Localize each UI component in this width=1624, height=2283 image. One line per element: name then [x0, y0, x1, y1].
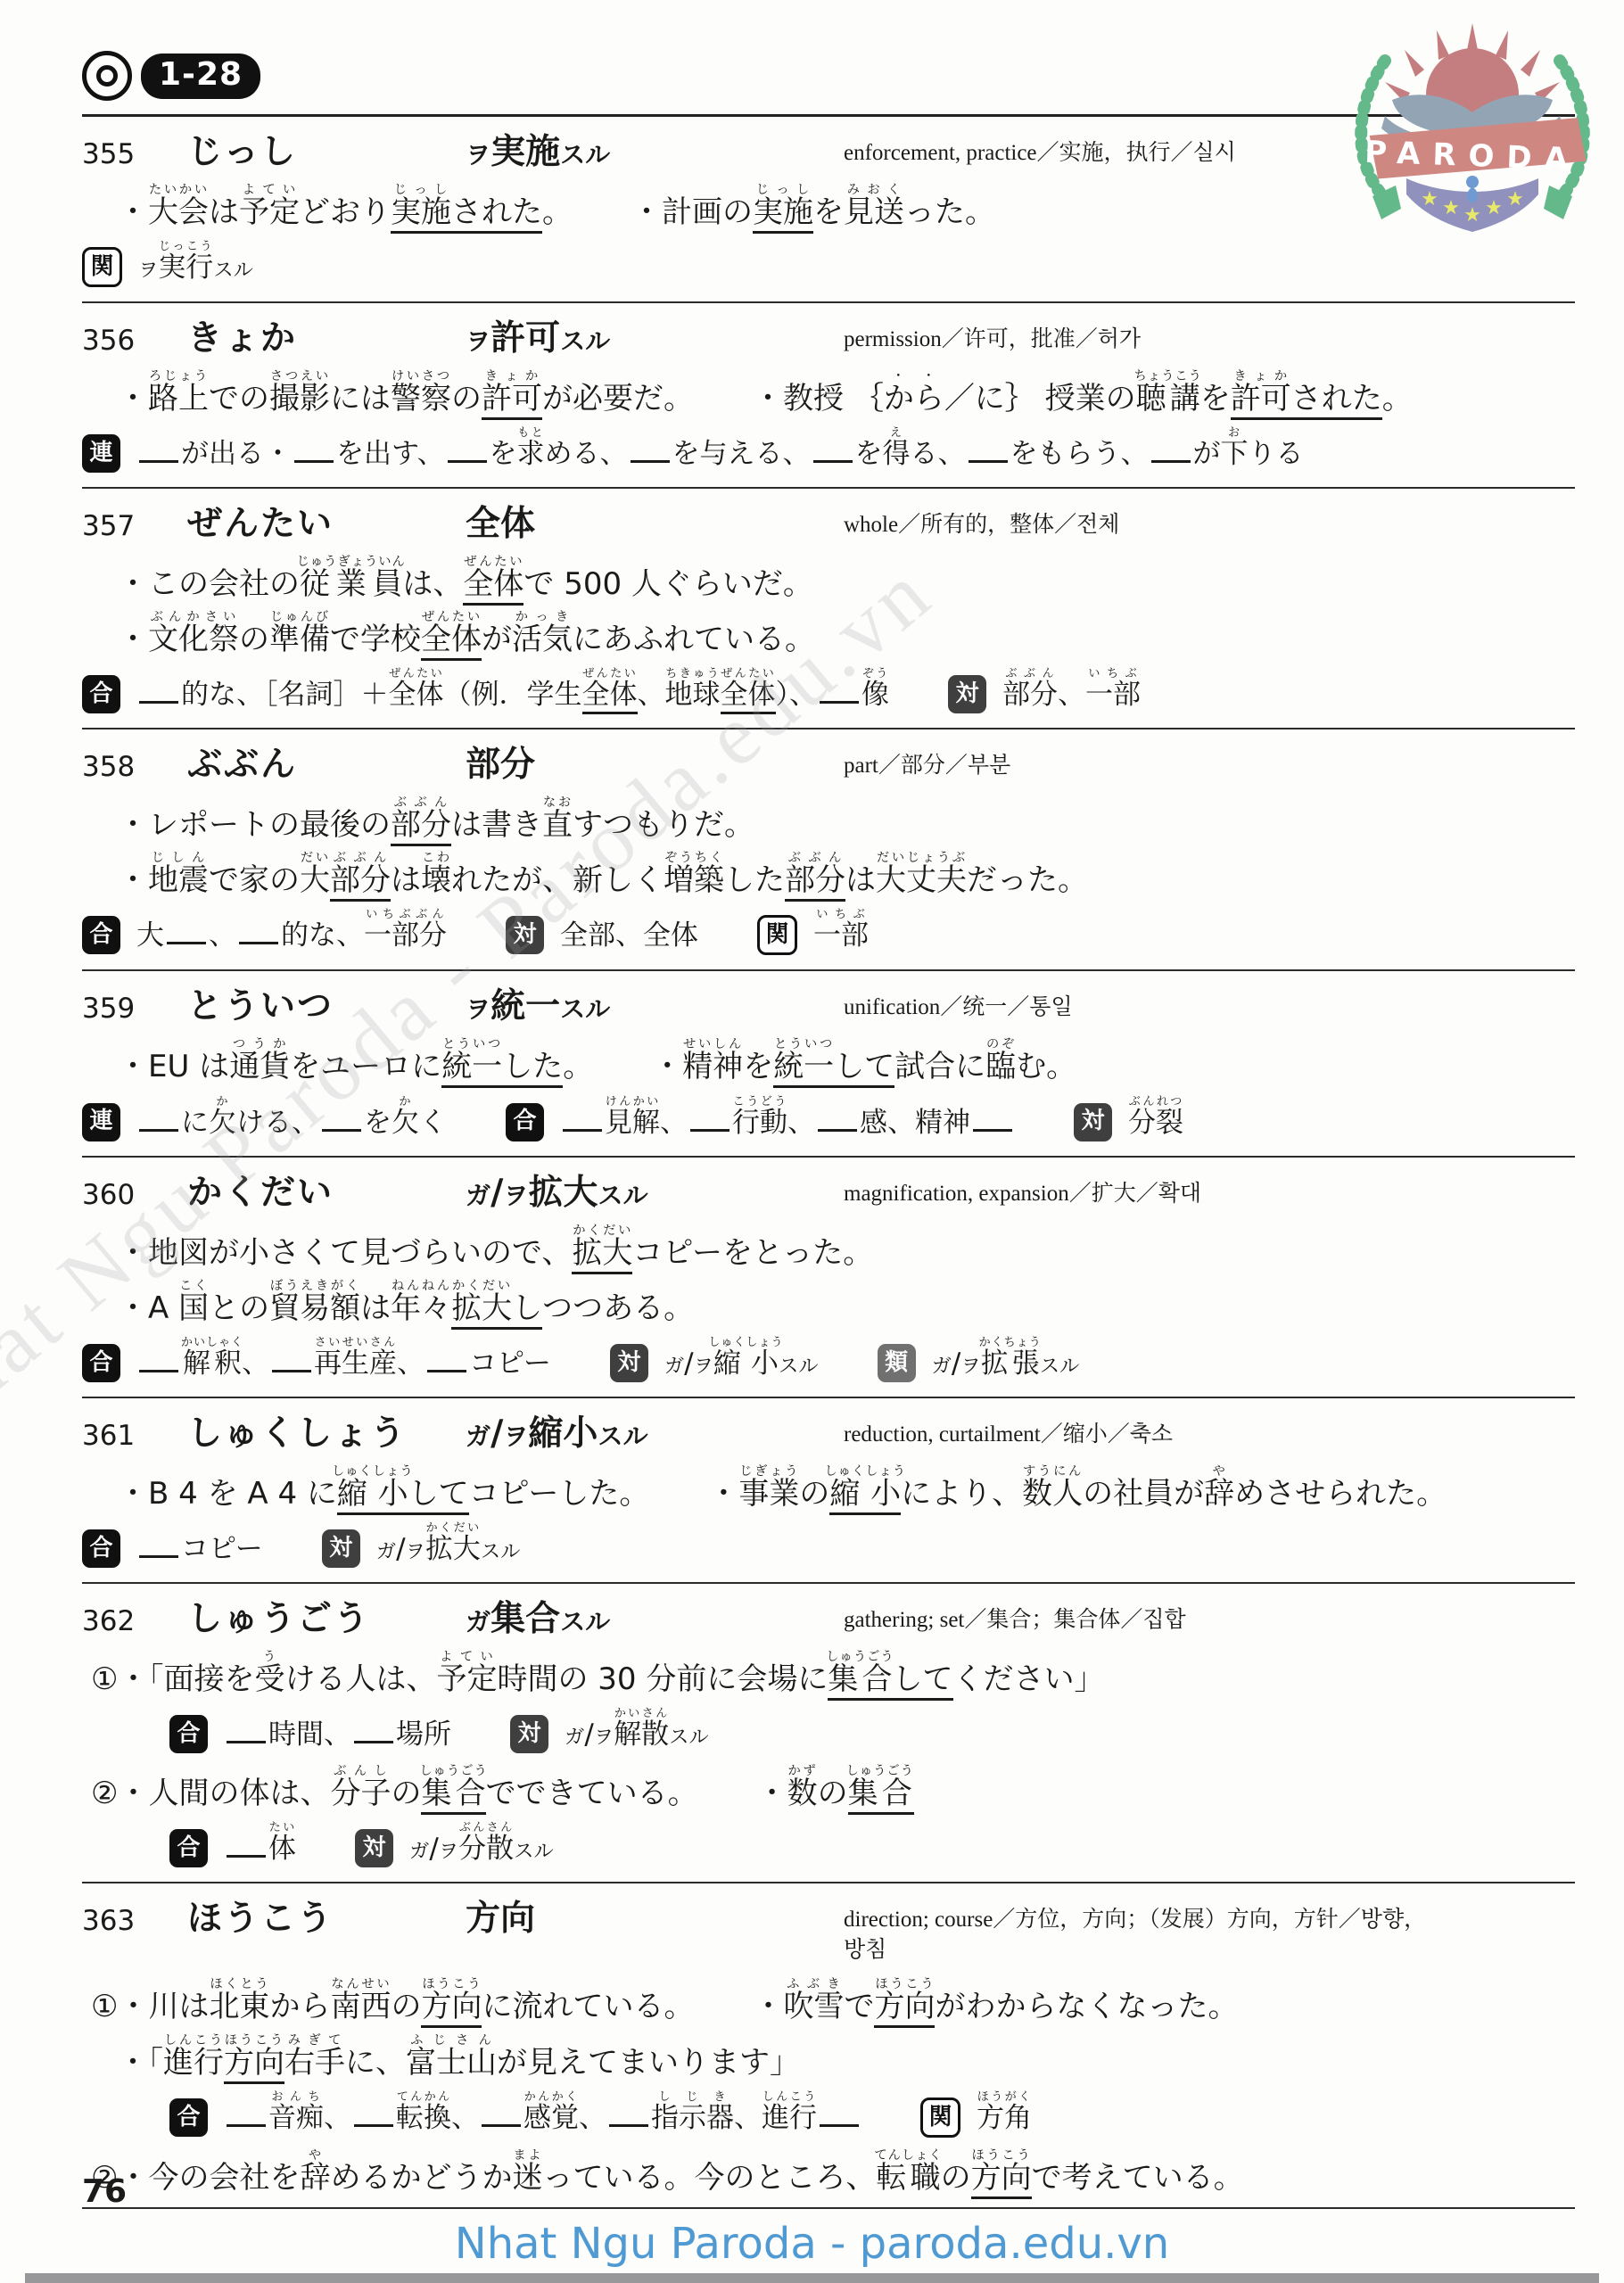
text-run: の社員が [1083, 1476, 1204, 1512]
word-with-furigana: 全体ぜんたい [582, 679, 638, 714]
text-run: る、 [911, 438, 966, 470]
text-run: ヲ [466, 994, 490, 1024]
text-run: / [490, 1413, 503, 1454]
text-run: は、 [402, 566, 463, 602]
word-with-furigana: 南西なんせい [330, 1989, 391, 2024]
word-with-furigana: 実行じっこう [158, 251, 213, 284]
word-with-furigana: 分子ぶんし [330, 1776, 391, 1811]
entry-359: 359とういつヲ統一スルunification／统一／통일・EU は通貨つうかを… [82, 971, 1575, 1157]
text-run: ください」 [953, 1661, 1105, 1697]
text-run: ・ [757, 1776, 787, 1811]
word-with-furigana: 方角ほうがく [977, 2102, 1032, 2134]
text-run: 時間、 [268, 1718, 351, 1751]
word-with-furigana: 辞や [300, 2160, 330, 2196]
entry-number: 363 [82, 1905, 187, 1937]
text-run: 試合に [894, 1049, 985, 1084]
example-line: ・地震じしんで家の大だい部分ぶぶんは壊こわれたが、新しく増築ぞうちくした部分ぶぶ… [82, 851, 1575, 897]
translation-line: unification／统一／통일 [844, 993, 1575, 1023]
compound-tag: 合 [82, 1529, 120, 1568]
word-with-furigana: 進行しんこう [163, 2045, 224, 2081]
entry-headword-kana: ぶぶん [187, 737, 466, 787]
example-line: ②・今の会社を辞やめるかどうか迷まよっている。今のところ、転職てんしょくの方向ほ… [82, 2148, 1575, 2195]
entry-headword-kana: じっし [187, 124, 466, 174]
word-with-furigana: 許可きょか [1231, 381, 1291, 420]
word-with-furigana: 迷まよ [512, 2160, 542, 2196]
antonym-tag: 対 [610, 1344, 648, 1382]
translation-line: gathering; set／集合；集合体／집합 [844, 1605, 1575, 1636]
word-with-furigana: 地球ちきゅう [665, 679, 721, 711]
text-run: ガ [932, 1355, 952, 1378]
synonym-tag: 類 [878, 1344, 916, 1382]
blank-slot [139, 435, 178, 463]
text-run: を [490, 438, 517, 470]
word-with-furigana: 分裂ぶんれつ [1128, 1107, 1183, 1139]
word-with-furigana: 拡大かくだい [572, 1235, 632, 1274]
note-line: 関ヲ実行じっこうスル [82, 240, 1575, 289]
text-run: ける人は、 [284, 1661, 436, 1697]
text-run: 的な、［名詞］＋ [181, 679, 389, 711]
text-run: に [181, 1107, 209, 1139]
entry-kanji-form: ヲ実施スル [466, 124, 844, 174]
word-with-furigana: 拡大かくだい [451, 1290, 512, 1330]
text-run: 、 [242, 1348, 269, 1380]
audio-track-badge: 1-28 [141, 54, 260, 99]
word-with-furigana: 見送みおく [844, 194, 904, 230]
word-with-furigana: 壊こわ [421, 862, 451, 898]
entry-header: 361しゅくしょうガ/ヲ縮小スルreduction, curtailment／缩… [82, 1405, 1575, 1455]
text-run: ガ [466, 1607, 490, 1636]
word-with-furigana: 再生産さいせいさん [314, 1348, 397, 1380]
word-with-furigana: 下お [1221, 438, 1249, 470]
text-run: した [724, 862, 785, 898]
text-run: 大 [136, 919, 164, 952]
blank-slot [167, 918, 206, 945]
word-with-furigana: 直なお [542, 807, 573, 843]
translation-line: permission／许可，批准／허가 [844, 325, 1575, 355]
entry-kanji-form: 部分 [466, 737, 844, 787]
entry-header: 359とういつヲ統一スルunification／统一／통일 [82, 978, 1575, 1028]
example-line: ・EU は通貨つうかをユーロに統一とういつした。・精神せいしんを統一とういつして… [82, 1037, 1575, 1084]
entry-header: 362しゅうごうガ集合スルgathering; set／集合；集合体／집합 [82, 1591, 1575, 1641]
word-with-furigana: 得え [883, 438, 911, 470]
logo-wordmark: PARODA [1364, 135, 1581, 177]
entry-translation: gathering; set／集合；集合体／집합 [844, 1605, 1575, 1636]
blank-slot [427, 1345, 466, 1372]
text-run: して [893, 1661, 953, 1701]
text-run: スル [514, 1840, 554, 1863]
text-run: に、 [345, 2045, 406, 2081]
word-with-furigana: 聴講ちょうこう [1136, 381, 1200, 416]
word-with-furigana: 貿易額ぼうえきがく [269, 1290, 360, 1326]
entry-356: 356きょかヲ許可スルpermission／许可，批准／허가・路上ろじょうでの撮… [82, 303, 1575, 489]
note-line: 合音痴おんち、転換てんかん、感覚かんかく、指示器しじき、進行しんこう関方角ほうが… [82, 2090, 1575, 2139]
text-run: スル [213, 259, 253, 282]
text-run: を与える、 [672, 438, 811, 470]
entry-header: 357ぜんたい全体whole／所有的，整体／전체 [82, 496, 1575, 546]
word-with-furigana: 実施じっし [391, 194, 451, 234]
antonym-tag: 対 [948, 675, 986, 713]
collocation-tag: 連 [82, 1103, 120, 1141]
text-run: （例．学生 [444, 679, 582, 711]
example-line: ・この会社の従業員じゅうぎょういんは、全体ぜんたいで 500 人ぐらいだ。 [82, 555, 1575, 601]
text-run: の [818, 1776, 848, 1811]
example-line: ・地図が小さくて見づらいので、拡大かくだいコピーをとった。 [82, 1224, 1575, 1270]
text-run: ガ [664, 1355, 684, 1378]
entry-translation: whole／所有的，整体／전체 [844, 510, 1575, 540]
word-with-furigana: 臨のぞ [985, 1049, 1016, 1084]
text-run: で 500 人ぐらいだ。 [523, 566, 813, 602]
word-with-furigana: 縮小しゅくしょう [829, 1476, 901, 1515]
text-run: スル [481, 1540, 521, 1563]
word-with-furigana: 集合しゅうごう [828, 1661, 892, 1701]
text-run: ・EU は [118, 1049, 229, 1084]
text-run: ・ [118, 381, 148, 416]
entry-headword-kana: しゅくしょう [187, 1405, 466, 1455]
entry-header: 356きょかヲ許可スルpermission／许可，批准／허가 [82, 310, 1575, 360]
word-with-furigana: 見解けんかい [605, 1107, 660, 1139]
text-run: で [844, 1989, 874, 2024]
text-run: の [391, 1776, 421, 1811]
text-run: ヲ [406, 1540, 425, 1563]
translation-line: whole／所有的，整体／전체 [844, 510, 1575, 540]
text-run: ける、 [236, 1107, 319, 1139]
text-run: / [429, 1833, 438, 1865]
collocation-tag: 連 [82, 434, 120, 473]
word-with-furigana: 全体ぜんたい [421, 622, 482, 661]
entry-number: 357 [82, 510, 187, 542]
word-with-furigana: 拡張かくちょう [981, 1348, 1040, 1380]
example-line: ・「進行しんこう方向ほうこう右手みぎてに、富士山ふじさんが見えてまいります」 [82, 2033, 1575, 2080]
blank-slot [973, 1104, 1012, 1132]
text-run: ・ [708, 1476, 738, 1512]
entry-translation: part／部分／부분 [844, 751, 1575, 781]
word-with-furigana: 欠か [392, 1107, 419, 1139]
text-run: 縮小 [528, 1413, 598, 1454]
text-run: 、 [397, 1348, 425, 1380]
word-with-furigana: 警察けいさつ [391, 381, 451, 416]
compound-tag: 合 [82, 675, 120, 713]
example-line: ・B 4 を A 4 に縮小しゅくしょうしてコピーした。・事業じぎょうの縮小しゅ… [82, 1464, 1575, 1511]
text-run: により、 [901, 1476, 1022, 1512]
word-with-furigana: 数人すうにん [1022, 1476, 1083, 1512]
blank-slot [322, 1104, 361, 1132]
blank-slot [294, 435, 334, 463]
text-run: / [396, 1533, 405, 1565]
word-with-furigana: 部分ぶぶん [1002, 679, 1058, 711]
entry-362: 362しゅうごうガ集合スルgathering; set／集合；集合体／집합①・「… [82, 1584, 1575, 1883]
text-run: 、 [787, 1107, 815, 1139]
text-run: / [952, 1348, 960, 1380]
text-run: 。 [542, 194, 573, 230]
text-run: めるかどうか [330, 2160, 512, 2196]
text-run: 集合 [490, 1599, 560, 1639]
word-with-furigana: 転換てんかん [396, 2102, 451, 2134]
word-with-furigana: 音痴おんち [268, 2102, 324, 2134]
example-line: ・レポートの最後の部分ぶぶんは書き直なおすつもりだ。 [82, 795, 1575, 842]
text-run: れたが、新しく [451, 862, 664, 898]
note-line: 合時間、場所対ガ/ヲ解散かいさんスル [82, 1707, 1575, 1755]
text-run: ／に｝ 授業の [944, 381, 1136, 416]
page-number: 76 [82, 2173, 127, 2210]
blank-slot [563, 1104, 602, 1132]
word-with-furigana: 集合しゅうごう [421, 1776, 485, 1815]
compound-tag: 合 [169, 1829, 208, 1867]
word-with-furigana: 行動こうどう [732, 1107, 787, 1139]
blank-slot [227, 2099, 266, 2127]
word-with-furigana: 事業じぎょう [738, 1476, 799, 1512]
blank-slot [227, 1830, 266, 1858]
word-with-furigana: 解釈かいしゃく [181, 1348, 242, 1380]
text-run: して [834, 1049, 894, 1088]
blank-slot [139, 676, 178, 704]
text-run: には [330, 381, 391, 416]
vocabulary-entries: 355じっしヲ実施スルenforcement, practice／实施，执行／실… [82, 114, 1575, 2209]
entry-translation: direction; course／方位，方向；（发展）方向，方针／방향，방침 [844, 1905, 1575, 1966]
blank-slot [354, 1716, 393, 1743]
word-with-furigana: 準備じゅんび [269, 622, 330, 657]
note-line: 連に欠かける、を欠かく合見解けんかい、行動こうどう、感、精神対分裂ぶんれつ [82, 1095, 1575, 1143]
text-run: ・ [118, 194, 148, 230]
text-run: 、 [1058, 679, 1085, 711]
text-run: く [419, 1107, 447, 1139]
word-with-furigana: 吹雪ふぶき [783, 1989, 844, 2024]
word-with-furigana: 北東ほくとう [209, 1989, 269, 2024]
text-run: ヲ [594, 1726, 614, 1749]
word-with-furigana: 縮小しゅくしょう [337, 1476, 408, 1515]
text-run: 。 [1382, 381, 1413, 416]
word-with-furigana: 欠か [209, 1107, 236, 1139]
blank-slot [139, 1104, 178, 1132]
text-run: ・B 4 を A 4 に [118, 1476, 337, 1512]
text-run: を [743, 1049, 773, 1084]
entry-translation: magnification, expansion／扩大／확대 [844, 1179, 1575, 1209]
text-run: の [391, 1989, 421, 2024]
text-run: つつある。 [542, 1290, 694, 1326]
word-with-furigana: 文化祭ぶんかさい [148, 622, 239, 657]
text-run: の [239, 622, 269, 657]
text-run: ・レポートの最後の [118, 807, 391, 843]
text-run: された [451, 194, 542, 234]
scan-edge-bar [25, 2273, 1599, 2283]
text-run: ヲ [503, 1422, 528, 1451]
translation-line: direction; course／方位，方向；（发展）方向，方针／방향， [844, 1905, 1575, 1935]
text-run: でできている。 [486, 1776, 698, 1811]
text-run: を [364, 1107, 392, 1139]
word-with-furigana: 方向ほうこう [421, 1989, 482, 2028]
text-run: だった。 [967, 862, 1088, 898]
word-with-furigana: 地震じしん [148, 862, 209, 898]
word-with-furigana: 大だい [300, 862, 330, 898]
word-with-furigana: 一部いちぶ [813, 919, 869, 952]
text-run: コピー [181, 1533, 263, 1565]
text-run: っている。今のところ、 [542, 2160, 876, 2196]
entry-headword-kana: しゅうごう [187, 1591, 466, 1641]
text-run: した [502, 1049, 563, 1088]
word-with-furigana: 一部分いちぶぶん [364, 919, 447, 952]
entry-358: 358ぶぶん部分part／部分／부분・レポートの最後の部分ぶぶんは書き直なおすつ… [82, 729, 1575, 971]
example-line: ・A 国こくとの貿易額ぼうえきがくは年々ねんねん拡大かくだいしつつある。 [82, 1279, 1575, 1325]
text-run: された [1291, 381, 1382, 420]
text-run: ・A [118, 1290, 178, 1326]
blank-slot [609, 2099, 648, 2127]
entry-kanji-form: ガ/ヲ縮小スル [466, 1405, 844, 1455]
blank-slot [227, 1716, 266, 1743]
word-with-furigana: 部分ぶぶん [330, 862, 391, 902]
note-line: 合的な、［名詞］＋全体ぜんたい（例．学生全体ぜんたい、地球ちきゅう全体ぜんたい）… [82, 667, 1575, 715]
translation-line: part／部分／부분 [844, 751, 1575, 781]
text-run: 方向 [466, 1899, 535, 1939]
text-run: 、 [638, 679, 665, 711]
entry-kanji-form: ガ集合スル [466, 1591, 844, 1641]
word-with-furigana: 転職てんしょく [876, 2160, 940, 2196]
compound-tag: 合 [82, 916, 120, 954]
note-line: 合体たい対ガ/ヲ分散ぶんさんスル [82, 1821, 1575, 1869]
word-with-furigana: 大丈夫だいじょうぶ [876, 862, 967, 898]
entry-headword-kana: ほうこう [187, 1891, 466, 1941]
blank-slot [1151, 435, 1191, 463]
entry-kanji-form: ガ/ヲ拡大スル [466, 1165, 844, 1215]
text-run: の [451, 381, 482, 416]
word-with-furigana: 指示器しじき [651, 2102, 734, 2134]
entry-357: 357ぜんたい全体whole／所有的，整体／전체・この会社の従業員じゅうぎょうい… [82, 489, 1575, 729]
entry-translation: reduction, curtailment／缩小／축소 [844, 1420, 1575, 1450]
word-with-furigana: 集合しゅうごう [848, 1776, 914, 1815]
blank-slot [448, 435, 487, 463]
word-with-furigana: 予定よてい [436, 1661, 497, 1697]
text-run: どおり [300, 194, 391, 230]
text-run: ガ [565, 1726, 584, 1749]
note-line: 合コピー対ガ/ヲ拡大かくだいスル [82, 1521, 1575, 1570]
text-run: ・この会社の [118, 566, 300, 602]
text-run: 、 [209, 919, 236, 952]
word-with-furigana: 受う [254, 1661, 284, 1697]
text-run: に流れている。 [482, 1989, 694, 2024]
text-run: 実施 [490, 132, 560, 172]
text-run: で考えている。 [1032, 2160, 1244, 2196]
text-run: が [1193, 438, 1221, 470]
word-with-furigana: 撮影さつえい [269, 381, 330, 416]
text-run: での [209, 381, 269, 416]
related-tag: 関 [757, 915, 797, 955]
entry-number: 356 [82, 325, 187, 357]
entry-translation: permission／许可，批准／허가 [844, 325, 1575, 355]
paroda-logo: PARODA ★★★ ★★ [1339, 7, 1606, 232]
text-run: 時間の 30 分前に会場に [497, 1661, 828, 1697]
text-run: スル [560, 994, 610, 1024]
entry-363: 363ほうこう方向direction; course／方位，方向；（发展）方向，… [82, 1883, 1575, 2209]
entry-header: 358ぶぶん部分part／部分／부분 [82, 737, 1575, 787]
compound-tag: 合 [82, 1344, 120, 1382]
text-run: 統一 [490, 986, 560, 1026]
entry-number: 359 [82, 993, 187, 1025]
example-line: ①・川は北東ほくとうから南西なんせいの方向ほうこうに流れている。・吹雪ふぶきで方… [82, 1977, 1575, 2023]
word-with-furigana: 求もと [517, 438, 545, 470]
text-run: が見えてまいります」 [497, 2045, 800, 2081]
blank-slot [139, 1345, 178, 1372]
svg-text:★: ★ [1506, 188, 1524, 210]
word-with-furigana: 大会たいかい [148, 194, 209, 230]
antonym-tag: 対 [355, 1829, 393, 1867]
antonym-tag: 対 [322, 1529, 360, 1568]
word-with-furigana: 増築ぞうちく [664, 862, 724, 898]
text-run: 、 [324, 2102, 351, 2134]
text-run: コピーをとった。 [632, 1235, 873, 1271]
text-run: スル [669, 1726, 709, 1749]
text-run: は [391, 862, 421, 898]
text-run: った。 [904, 194, 995, 230]
text-run: を出す、 [336, 438, 445, 470]
word-with-furigana: 部分ぶぶん [391, 807, 451, 846]
text-run: して [408, 1476, 469, 1515]
entry-360: 360かくだいガ/ヲ拡大スルmagnification, expansion／扩… [82, 1158, 1575, 1398]
text-run: との [209, 1290, 269, 1326]
text-run: ①・川は [91, 1989, 209, 2024]
text-run: 許可 [490, 318, 560, 359]
entry-headword-kana: ぜんたい [187, 496, 466, 546]
entry-number: 360 [82, 1179, 187, 1211]
text-run: で家の [209, 862, 300, 898]
word-with-furigana: 一部いちぶ [1085, 679, 1141, 711]
text-run: ヲ [466, 326, 490, 356]
text-run: が必要だ。 [542, 381, 694, 416]
blank-slot [354, 2099, 393, 2127]
word-with-furigana: 予定よてい [239, 194, 300, 230]
entry-kanji-form: ヲ統一スル [466, 978, 844, 1028]
word-with-furigana: 感覚かんかく [523, 2102, 579, 2134]
text-run: 全体 [466, 504, 535, 544]
text-run: りる [1249, 438, 1304, 470]
word-with-furigana: 路上ろじょう [148, 381, 209, 416]
svg-text:★: ★ [1463, 204, 1481, 227]
entry-kanji-form: ヲ許可スル [466, 310, 844, 360]
svg-text:★: ★ [1485, 197, 1503, 219]
text-run: ・「 [118, 2045, 163, 2081]
word-with-furigana: 縮小しゅくしょう [713, 1348, 779, 1380]
text-run: スル [560, 140, 610, 169]
text-run: ・ [118, 862, 148, 898]
cd-audio-icon [82, 51, 132, 101]
text-run: スル [560, 326, 610, 356]
word-with-furigana: 従業員じゅうぎょういん [300, 566, 402, 602]
text-run: から [269, 1989, 330, 2024]
word-with-furigana: 活気かっき [512, 622, 573, 657]
text-run: スル [598, 1422, 647, 1451]
text-run: ヲ [503, 1181, 528, 1210]
word-with-furigana: 方向ほうこう [971, 2160, 1032, 2199]
entry-kanji-form: 全体 [466, 496, 844, 546]
entry-headword-kana: とういつ [187, 978, 466, 1028]
word-with-furigana: 統一とういつ [773, 1049, 834, 1088]
text-run: スル [779, 1355, 819, 1378]
translation-line: magnification, expansion／扩大／확대 [844, 1179, 1575, 1209]
entry-361: 361しゅくしょうガ/ヲ縮小スルreduction, curtailment／缩… [82, 1398, 1575, 1584]
entry-translation: unification／统一／통일 [844, 993, 1575, 1023]
related-tag: 関 [82, 247, 122, 287]
word-with-furigana: 富士山ふじさん [406, 2045, 497, 2081]
text-run: / [684, 1348, 693, 1380]
text-run: ②・人間の体は、 [91, 1776, 330, 1811]
text-run: スル [598, 1181, 647, 1210]
text-run: し [512, 1290, 542, 1330]
related-tag: 関 [920, 2098, 960, 2138]
text-run: を [813, 194, 844, 230]
text-run: める、 [545, 438, 628, 470]
text-run: 、 [660, 1107, 688, 1139]
example-line: ・文化祭ぶんかさいの準備じゅんびで学校全体ぜんたいが活気かっきにあふれている。 [82, 610, 1575, 656]
text-run: コピーした。 [469, 1476, 650, 1512]
text-run: の [941, 2160, 971, 2196]
word-with-furigana: 右手みぎて [284, 2045, 345, 2081]
